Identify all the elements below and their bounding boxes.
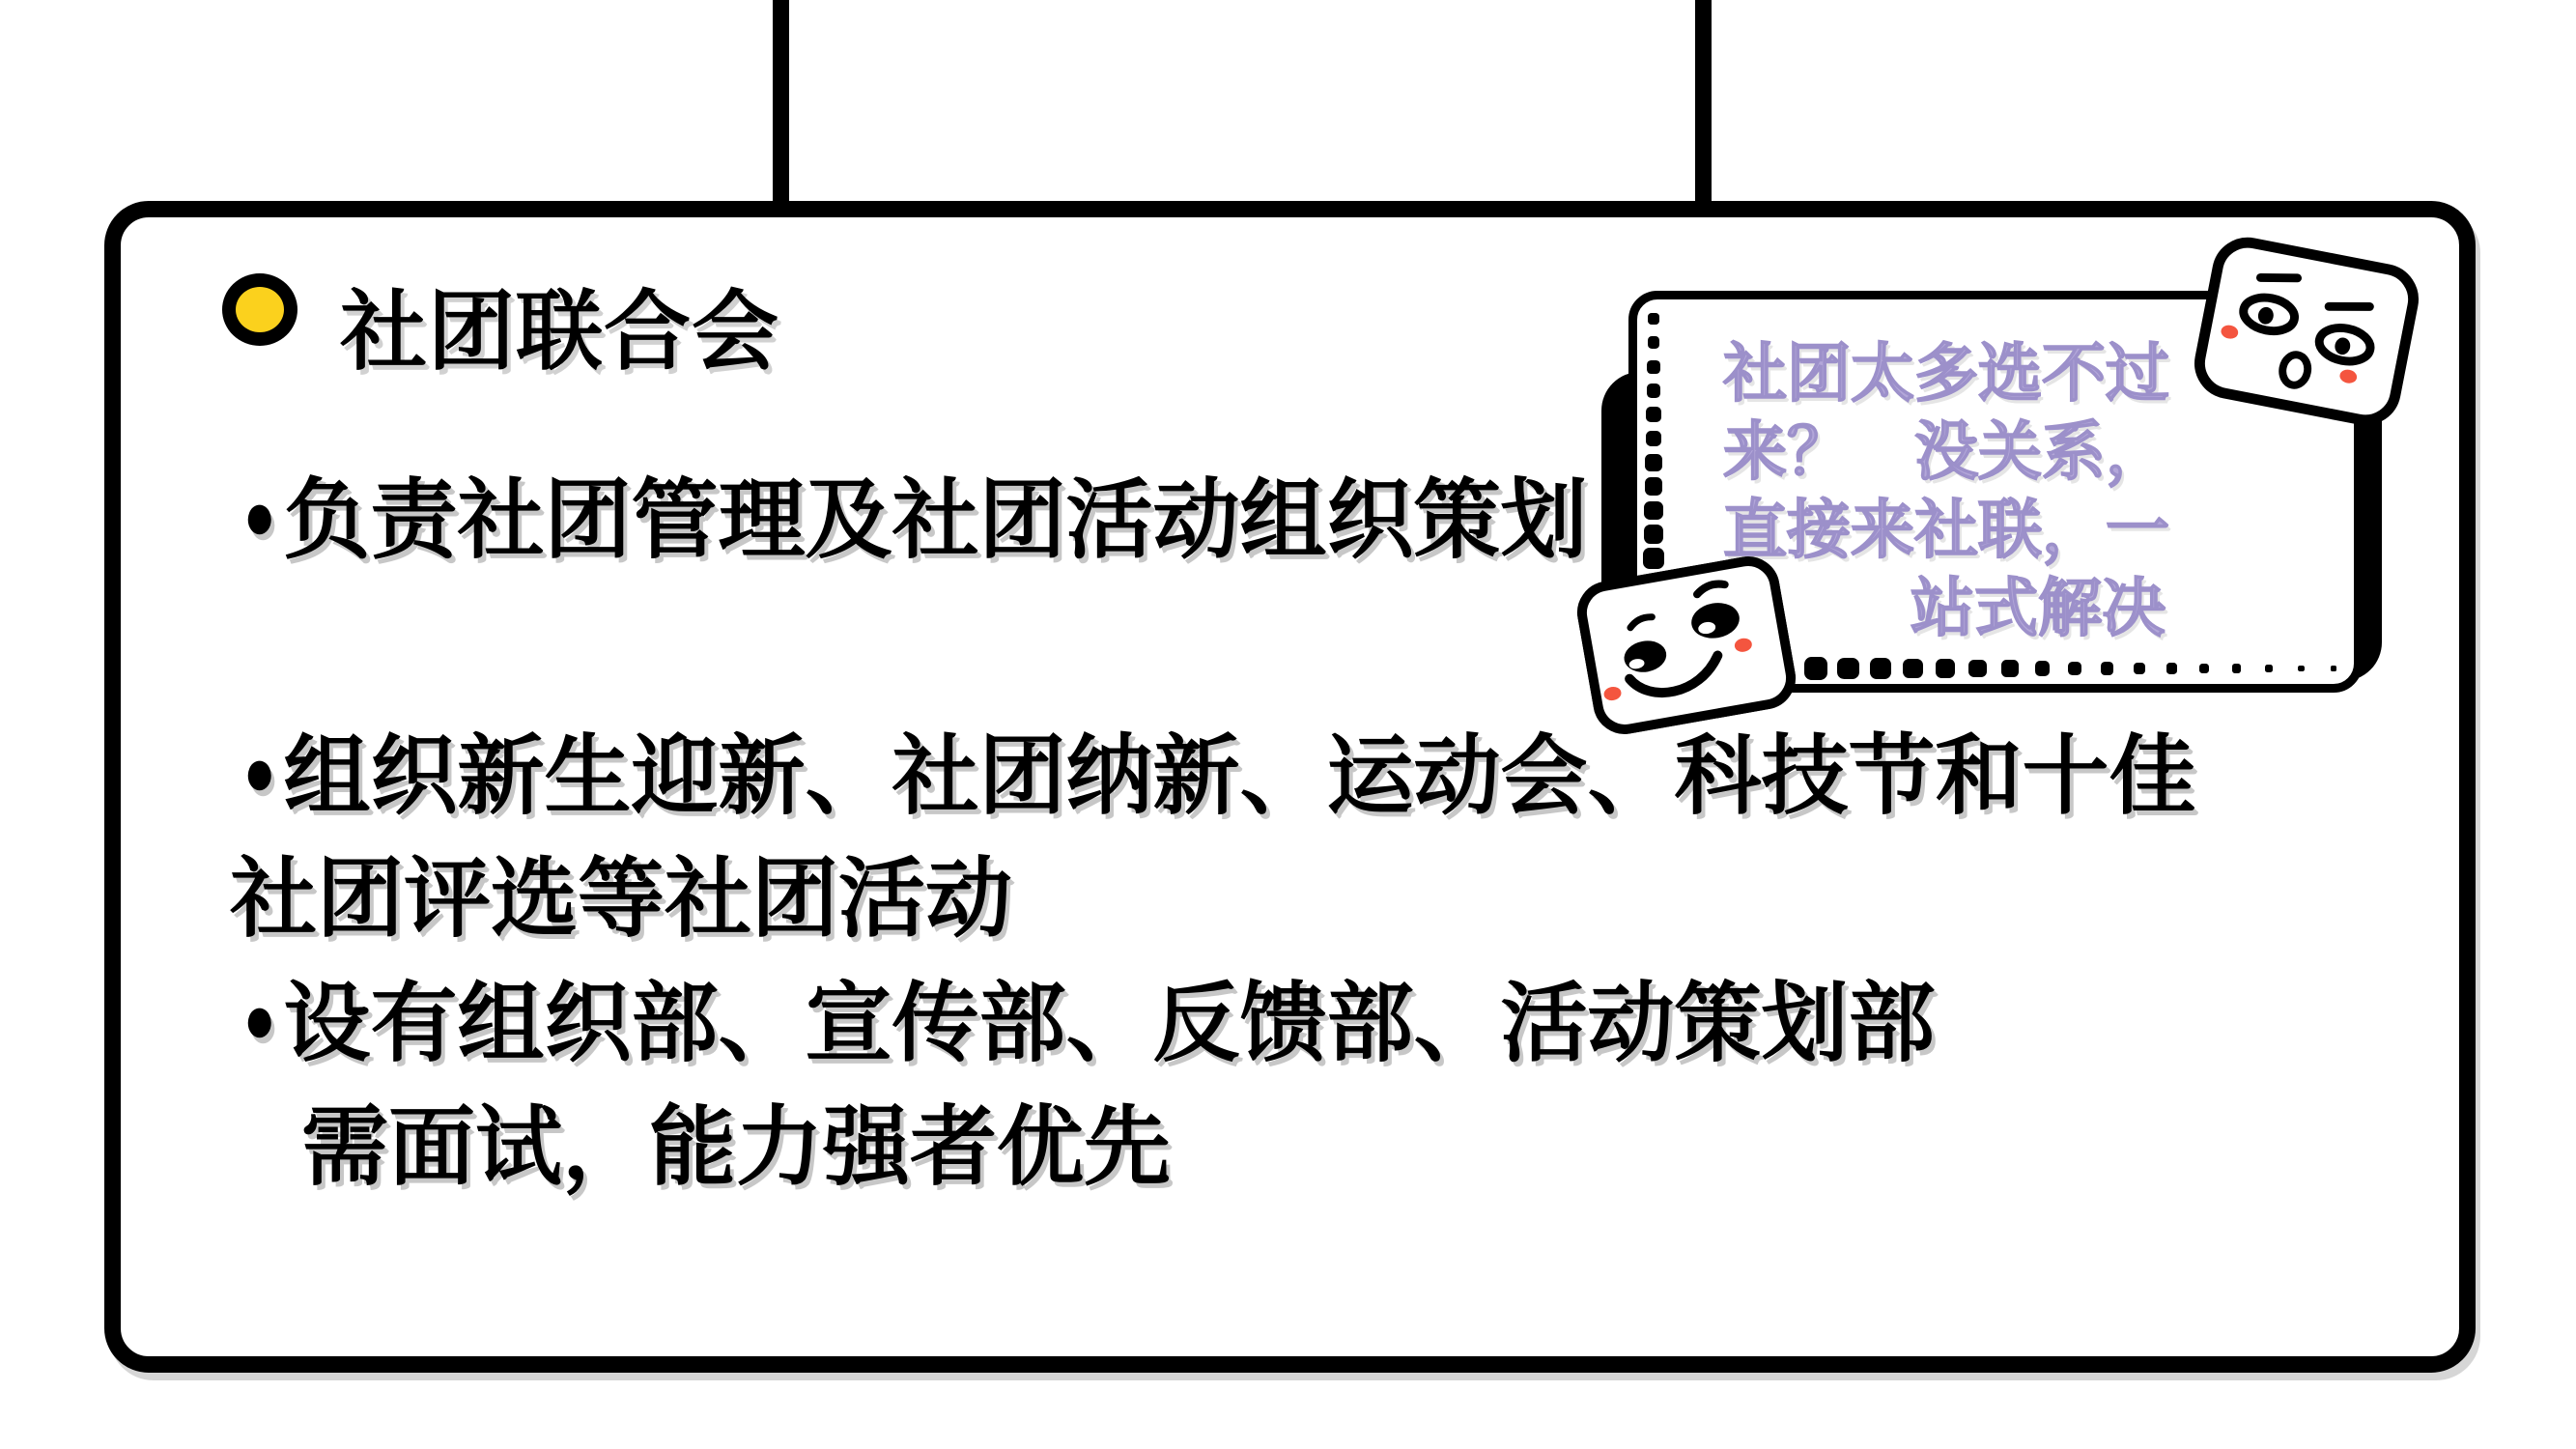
note-dot [1644, 525, 1664, 545]
note-line: 来？ 没关系， [1632, 412, 2260, 491]
note-dot [2001, 660, 2018, 676]
note-dot [2101, 662, 2114, 675]
note-dot [1648, 336, 1660, 349]
note-dot [1903, 659, 1923, 679]
note-dot [1647, 384, 1661, 398]
note-dot [2298, 666, 2305, 672]
hanger-line-right [1695, 0, 1712, 213]
note-dot [1968, 660, 1986, 677]
note-dot [1644, 501, 1663, 521]
note-dot [1648, 313, 1659, 325]
bullet-dot: ● [243, 983, 276, 1057]
note-dot [1870, 658, 1891, 679]
note-dot [2166, 663, 2177, 673]
yellow-circle-bullet [222, 273, 297, 346]
bullet-row: ●设有组织部、宣传部、反馈部、活动策划部 [241, 979, 1935, 1070]
card-title: 社团联合会 [340, 261, 779, 386]
face-outline [1578, 557, 1796, 734]
bullet-dot: ● [243, 736, 276, 810]
note-dot [2232, 664, 2241, 672]
note-dot [1936, 659, 1954, 677]
mouth [2280, 353, 2310, 387]
note-dot [2265, 665, 2273, 672]
note-dot [2068, 662, 2082, 676]
bullet-text: 负责社团管理及社团活动组织策划 [283, 472, 1587, 569]
note-dot [1645, 454, 1662, 471]
note-line: 直接来社联，一 [1632, 491, 2260, 569]
bullet-row: ●负责社团管理及社团活动组织策划 [241, 475, 1587, 567]
note-dot [1837, 658, 1859, 680]
bullet-text: 设有组织部、宣传部、反馈部、活动策划部 [283, 976, 1935, 1072]
note-dot [1646, 407, 1661, 422]
hanger-line-left [773, 0, 789, 213]
note-dot [1646, 431, 1662, 447]
note-dot [2035, 661, 2051, 676]
bullet-continuation-row: 需面试，能力强者优先 [301, 1102, 1171, 1194]
note-dot [1645, 477, 1663, 496]
note-line: 社团太多选不过 [1632, 334, 2260, 412]
bullet-row: ●组织新生迎新、社团纳新、运动会、科技节和十佳 [241, 731, 2195, 823]
note-dot [2199, 664, 2209, 673]
note-dot [2134, 663, 2146, 675]
note-dot [1804, 657, 1827, 680]
bullet-dot: ● [243, 480, 276, 554]
bullet-continuation-row: 社团评选等社团活动 [230, 854, 1012, 946]
bullet-text: 社团评选等社团活动 [230, 851, 1012, 948]
slide-stage: 社团联合会 ●负责社团管理及社团活动组织策划 ●组织新生迎新、社团纳新、运动会、… [0, 0, 2576, 1449]
note-dot [2331, 666, 2336, 671]
note-dot [1643, 548, 1664, 569]
bullet-text: 组织新生迎新、社团纳新、运动会、科技节和十佳 [283, 728, 2195, 825]
bullet-text: 需面试，能力强者优先 [301, 1099, 1171, 1196]
note-dot [1647, 360, 1660, 374]
